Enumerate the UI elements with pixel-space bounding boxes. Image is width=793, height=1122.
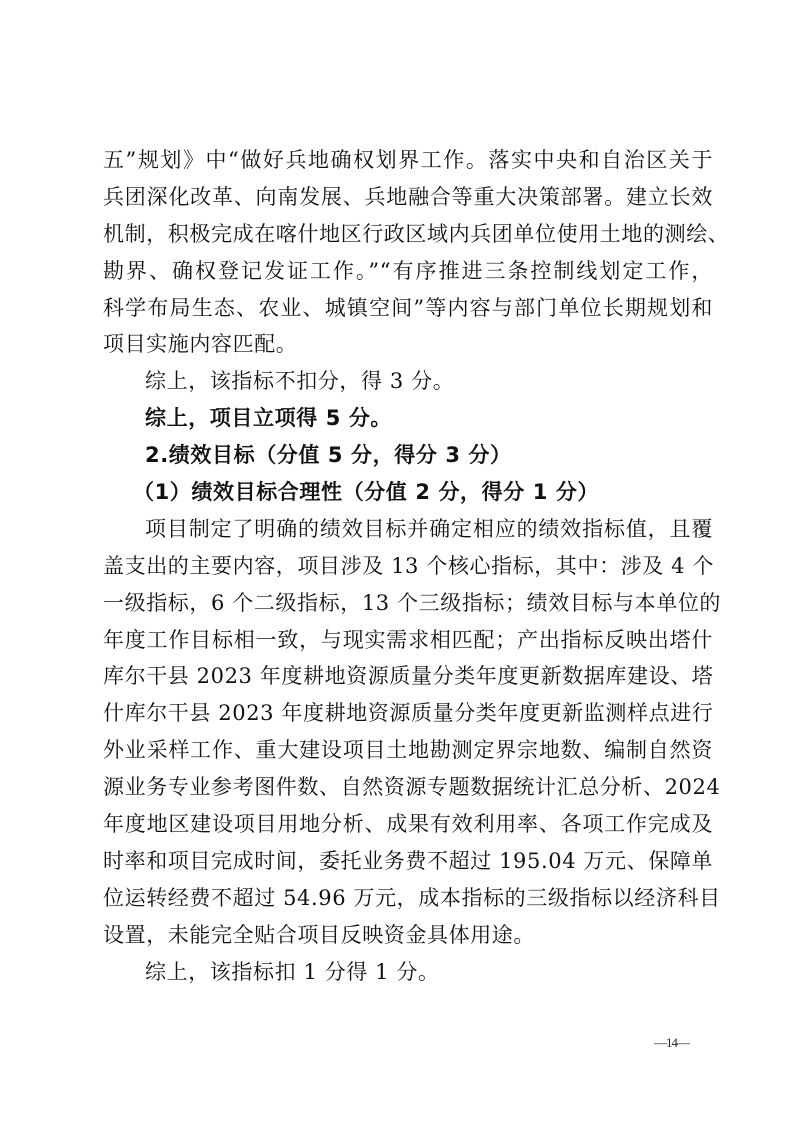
text-line: 年度工作目标相一致，与现实需求相匹配；产出指标反映出塔什 [103, 622, 713, 659]
document-page: 五”规划》中“做好兵地确权划界工作。落实中央和自治区关于 兵团深化改革、向南发展… [103, 142, 713, 990]
page-number: —14— [654, 1035, 689, 1051]
text-line: 机制，积极完成在喀什地区行政区域内兵团单位使用土地的测绘、 [103, 216, 713, 253]
paragraph-summary-goal-rationality: 综上，该指标扣 1 分得 1 分。 [103, 954, 713, 991]
paragraph-continuation: 五”规划》中“做好兵地确权划界工作。落实中央和自治区关于 兵团深化改革、向南发展… [103, 142, 713, 363]
heading-text: 2.绩效目标（分值 5 分，得分 3 分） [103, 437, 713, 474]
text-line: 综上，该指标不扣分，得 3 分。 [103, 363, 713, 400]
text-line: 盖支出的主要内容，项目涉及 13 个核心指标，其中：涉及 4 个 [103, 548, 713, 585]
text-line: 一级指标，6 个二级指标，13 个三级指标；绩效目标与本单位的 [103, 585, 713, 622]
text-line: 外业采样工作、重大建设项目土地勘测定界宗地数、编制自然资 [103, 732, 713, 769]
paragraph-goals-body: 项目制定了明确的绩效目标并确定相应的绩效指标值，且覆 盖支出的主要内容，项目涉及… [103, 511, 713, 954]
paragraph-summary-project: 综上，项目立项得 5 分。 [103, 400, 713, 437]
text-line: 综上，项目立项得 5 分。 [103, 400, 713, 437]
text-line: 科学布局生态、农业、城镇空间”等内容与部门单位长期规划和 [103, 290, 713, 327]
text-line: 时率和项目完成时间，委托业务费不超过 195.04 万元、保障单 [103, 843, 713, 880]
text-line: 位运转经费不超过 54.96 万元，成本指标的三级指标以经济科目 [103, 880, 713, 917]
text-line: 库尔干县 2023 年度耕地资源质量分类年度更新数据库建设、塔 [103, 658, 713, 695]
text-line: 什库尔干县 2023 年度耕地资源质量分类年度更新监测样点进行 [103, 695, 713, 732]
section-heading-performance-goals: 2.绩效目标（分值 5 分，得分 3 分） [103, 437, 713, 474]
heading-text: （1）绩效目标合理性（分值 2 分，得分 1 分） [103, 474, 713, 511]
text-line: 源业务专业参考图件数、自然资源专题数据统计汇总分析、2024 [103, 769, 713, 806]
subsection-heading-goal-rationality: （1）绩效目标合理性（分值 2 分，得分 1 分） [103, 474, 713, 511]
text-line: 设置，未能完全贴合项目反映资金具体用途。 [103, 917, 713, 954]
text-line: 五”规划》中“做好兵地确权划界工作。落实中央和自治区关于 [103, 142, 713, 179]
text-line: 兵团深化改革、向南发展、兵地融合等重大决策部署。建立长效 [103, 179, 713, 216]
paragraph-summary-indicator: 综上，该指标不扣分，得 3 分。 [103, 363, 713, 400]
text-line: 项目制定了明确的绩效目标并确定相应的绩效指标值，且覆 [103, 511, 713, 548]
text-line: 年度地区建设项目用地分析、成果有效利用率、各项工作完成及 [103, 806, 713, 843]
text-line: 勘界、确权登记发证工作。”“有序推进三条控制线划定工作， [103, 253, 713, 290]
text-line: 综上，该指标扣 1 分得 1 分。 [103, 954, 713, 991]
text-line: 项目实施内容匹配。 [103, 326, 713, 363]
